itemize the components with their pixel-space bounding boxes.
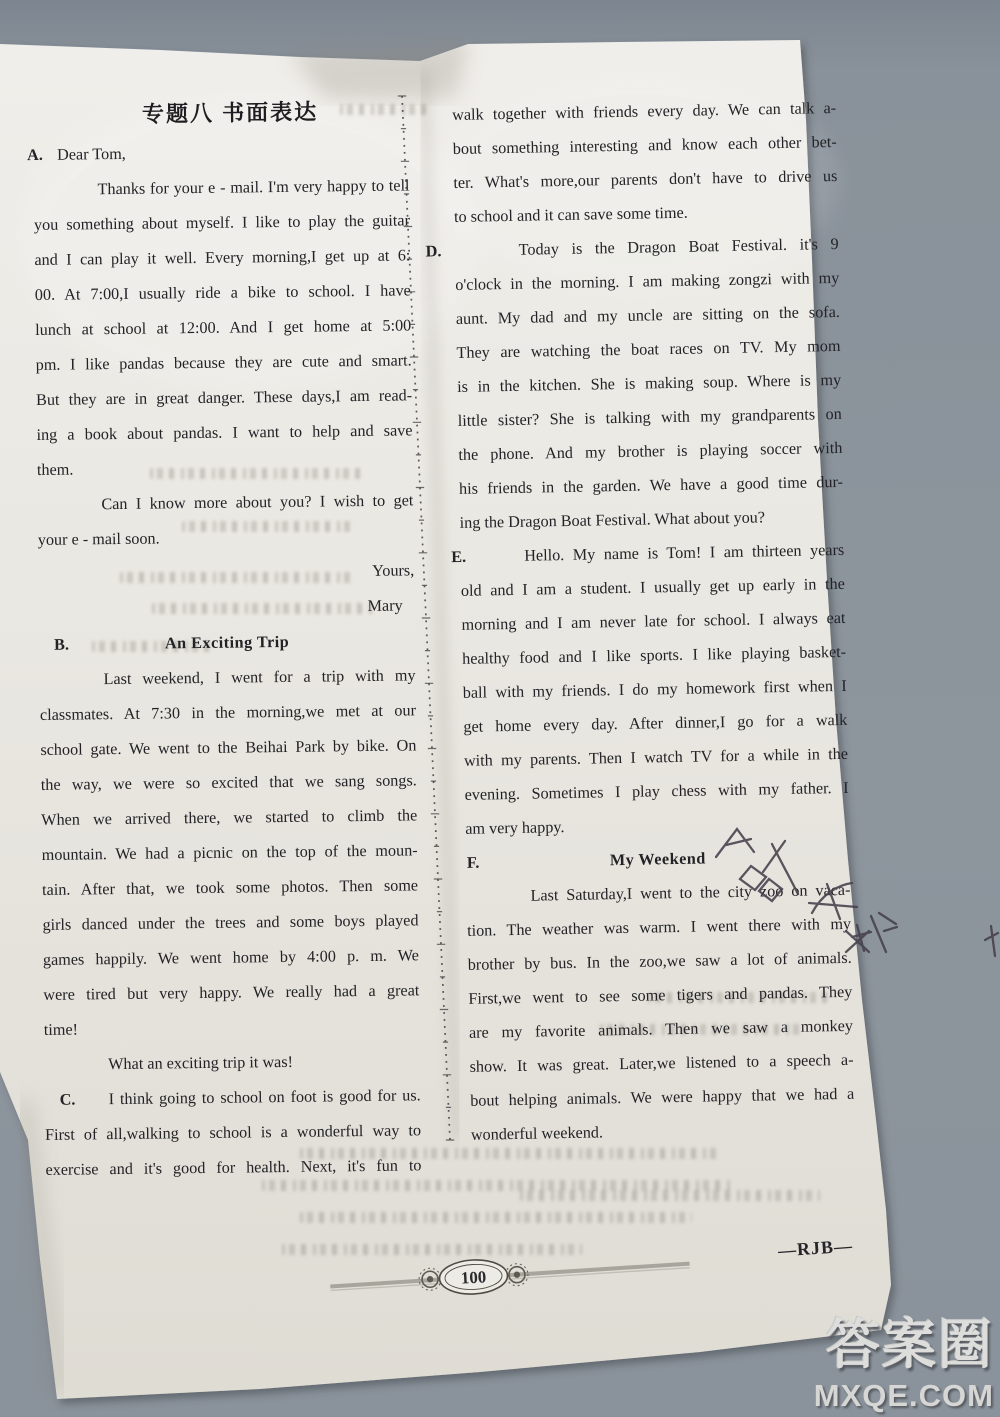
text-line: C.I think going to school on foot is goo… xyxy=(45,1086,421,1126)
text-run: What an exciting trip it was! xyxy=(108,1051,420,1074)
text-run: Dear Tom, xyxy=(57,141,409,164)
text-run: But they are in great danger. These days… xyxy=(36,386,412,410)
text-run: time! xyxy=(44,1016,420,1040)
text-line: lunch at school at 12:00. And I get home… xyxy=(35,316,411,356)
text-line: mountain. We had a picnic on the top of … xyxy=(42,841,418,881)
text-line: B.An Exciting Trip xyxy=(39,631,415,671)
text-line: But they are in great danger. These days… xyxy=(36,386,412,426)
text-run: classmates. At 7:30 in the morning,we me… xyxy=(40,701,416,725)
text-line: 00. At 7:00,I usually ride a bike to sch… xyxy=(35,281,411,321)
text-line: tain. After that, we took some photos. T… xyxy=(42,876,418,916)
text-run: pm. I like pandas because they are cute … xyxy=(36,351,412,375)
watermark-brand: 答案圈 xyxy=(814,1318,994,1372)
text-run: tain. After that, we took some photos. T… xyxy=(42,876,418,900)
text-run: Can I know more about you? I wish to get xyxy=(101,491,413,514)
right-text-column: walk together with friends every day. We… xyxy=(452,99,855,1160)
text-line: your e - mail soon. xyxy=(38,526,414,566)
section-label-b: B. xyxy=(54,636,69,655)
text-line: A.Dear Tom, xyxy=(33,141,409,181)
scanned-workbook-photo: 100 专题八 书面表达 A.Dear Tom,Thanks for your … xyxy=(0,0,1000,1417)
text-line: time! xyxy=(44,1016,420,1056)
text-line: ing a book about pandas. I want to help … xyxy=(36,421,412,461)
text-run: An Exciting Trip xyxy=(39,631,415,655)
text-line: and I can play it well. Every morning,I … xyxy=(34,246,410,286)
text-line: When we arrived there, we started to cli… xyxy=(41,806,417,846)
text-line: classmates. At 7:30 in the morning,we me… xyxy=(40,701,416,741)
text-line: What an exciting trip it was! xyxy=(44,1051,420,1091)
text-run: lunch at school at 12:00. And I get home… xyxy=(35,316,411,340)
text-run: 00. At 7:00,I usually ride a bike to sch… xyxy=(35,281,411,305)
text-run: Mary xyxy=(39,597,403,620)
text-run: you something about myself. I like to pl… xyxy=(34,211,410,235)
text-run: and I can play it well. Every morning,I … xyxy=(34,246,410,270)
text-run: them. xyxy=(37,456,413,480)
text-line: pm. I like pandas because they are cute … xyxy=(36,351,412,391)
text-line: wonderful weekend. xyxy=(471,1119,856,1160)
text-line: were tired but very happy. We really had… xyxy=(43,981,419,1021)
text-line: the way, we were so excited that we sang… xyxy=(41,771,417,811)
text-run: the way, we were so excited that we sang… xyxy=(41,771,417,795)
text-run: exercise and it's good for health. Next,… xyxy=(45,1156,421,1180)
section-label-f: F. xyxy=(467,854,480,873)
text-run: Last weekend, I went for a trip with my xyxy=(103,666,415,689)
section-label-d: D. xyxy=(425,242,441,261)
text-line: girls danced under the trees and some bo… xyxy=(42,911,418,951)
text-run: your e - mail soon. xyxy=(38,526,414,550)
section-label-c: C. xyxy=(60,1091,76,1110)
text-line: Yours, xyxy=(38,561,414,601)
text-run: school gate. We went to the Beihai Park … xyxy=(40,736,416,760)
bleed-through xyxy=(282,1244,582,1255)
text-line: games happily. We went home by 4:00 p. m… xyxy=(43,946,419,986)
bleed-through xyxy=(520,1190,820,1201)
page-number: 100 xyxy=(460,1267,486,1287)
section-label-e: E. xyxy=(451,548,466,567)
text-line: Can I know more about you? I wish to get xyxy=(37,491,413,531)
text-line: exercise and it's good for health. Next,… xyxy=(45,1156,421,1196)
text-line: them. xyxy=(37,456,413,496)
text-line: Last weekend, I went for a trip with my xyxy=(39,666,415,706)
text-run: Thanks for your e - mail. I'm very happy… xyxy=(97,176,409,199)
watermark-site: MXQE.COM xyxy=(814,1380,994,1411)
text-line: school gate. We went to the Beihai Park … xyxy=(40,736,416,776)
watermark: 答案圈 MXQE.COM xyxy=(814,1318,994,1411)
text-run: mountain. We had a picnic on the top of … xyxy=(42,841,418,865)
text-run: I think going to school on foot is good … xyxy=(109,1086,421,1109)
text-run: First of all,walking to school is a wond… xyxy=(45,1121,421,1145)
bleed-through xyxy=(300,1212,692,1223)
left-text-column: A.Dear Tom,Thanks for your e - mail. I'm… xyxy=(33,141,422,1196)
text-run: Yours, xyxy=(38,561,414,585)
section-label-a: A. xyxy=(27,146,43,165)
text-line: Thanks for your e - mail. I'm very happy… xyxy=(33,176,409,216)
text-run: When we arrived there, we started to cli… xyxy=(41,806,417,830)
text-line: First of all,walking to school is a wond… xyxy=(45,1121,421,1161)
text-run: ing a book about pandas. I want to help … xyxy=(36,421,412,445)
text-line: Mary xyxy=(39,596,415,636)
text-run: girls danced under the trees and some bo… xyxy=(42,911,418,935)
text-run: were tired but very happy. We really had… xyxy=(43,981,419,1005)
page-title: 专题八 书面表达 xyxy=(142,94,382,128)
text-line: you something about myself. I like to pl… xyxy=(34,211,410,251)
text-run: games happily. We went home by 4:00 p. m… xyxy=(43,946,419,970)
